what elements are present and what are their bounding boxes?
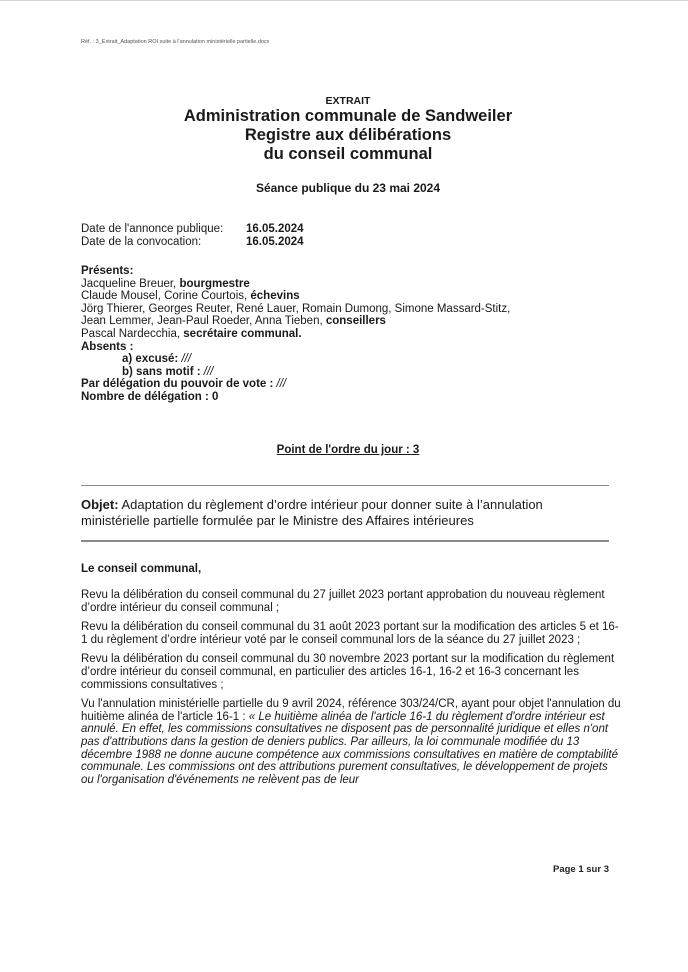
seance-title: Séance publique du 23 mai 2024 bbox=[8, 181, 688, 195]
document-reference: Réf. : 3_Extrait_Adaptation ROI suite à … bbox=[81, 39, 269, 45]
considerations-block: Revu la délibération du conseil communal… bbox=[81, 589, 621, 793]
title-line-administration: Administration communale de Sandweiler bbox=[8, 107, 688, 126]
paragraph-vu-annulation: Vu l'annulation ministérielle partielle … bbox=[81, 698, 621, 786]
delegation-nombre-line: Nombre de délégation : 0 bbox=[81, 391, 616, 404]
page-top-edge bbox=[0, 0, 688, 1]
absents-excuse-line: a) excusé: /// bbox=[81, 353, 616, 366]
conseillers-line-2: Jean Lemmer, Jean-Paul Roeder, Anna Tieb… bbox=[81, 315, 616, 328]
sans-motif-value: /// bbox=[204, 366, 214, 378]
date-convocation-row: Date de la convocation: 16.05.2024 bbox=[81, 236, 616, 249]
echevins-names: Claude Mousel, Corine Courtois, bbox=[81, 290, 250, 302]
paragraph-revu-novembre: Revu la délibération du conseil communal… bbox=[81, 653, 621, 691]
objet-separator-bottom bbox=[81, 540, 609, 542]
echevins-role: échevins bbox=[250, 290, 299, 302]
date-convocation-value: 16.05.2024 bbox=[246, 236, 304, 249]
delegation-pouvoir-label: Par délégation du pouvoir de vote : bbox=[81, 378, 277, 390]
excuse-label: a) excusé: bbox=[122, 353, 181, 365]
objet-label: Objet: bbox=[81, 497, 119, 512]
title-line-conseil: du conseil communal bbox=[8, 145, 688, 164]
point-ordre-du-jour-text: Point de l'ordre du jour : 3 bbox=[277, 444, 420, 456]
delegation-pouvoir-value: /// bbox=[277, 378, 287, 390]
conseillers-line-1: Jörg Thierer, Georges Reuter, René Lauer… bbox=[81, 303, 616, 316]
delegation-pouvoir-line: Par délégation du pouvoir de vote : /// bbox=[81, 378, 616, 391]
excuse-value: /// bbox=[181, 353, 191, 365]
point-ordre-du-jour: Point de l'ordre du jour : 3 bbox=[0, 444, 688, 456]
paragraph-revu-aout: Revu la délibération du conseil communal… bbox=[81, 621, 621, 646]
absents-sans-motif-line: b) sans motif : /// bbox=[81, 366, 616, 379]
echevins-line: Claude Mousel, Corine Courtois, échevins bbox=[81, 290, 616, 303]
secretaire-name: Pascal Nardecchia, bbox=[81, 328, 183, 340]
sans-motif-label: b) sans motif : bbox=[122, 366, 204, 378]
date-annonce-row: Date de l'annonce publique: 16.05.2024 bbox=[81, 223, 616, 236]
presents-heading: Présents: bbox=[81, 265, 616, 278]
date-annonce-label: Date de l'annonce publique: bbox=[81, 223, 246, 236]
date-annonce-value: 16.05.2024 bbox=[246, 223, 304, 236]
objet-block: Objet: Adaptation du règlement d’ordre i… bbox=[81, 497, 611, 528]
paragraph-revu-juillet: Revu la délibération du conseil communal… bbox=[81, 589, 621, 614]
secretaire-role: secrétaire communal. bbox=[183, 328, 301, 340]
bourgmestre-line: Jacqueline Breuer, bourgmestre bbox=[81, 278, 616, 291]
absents-heading: Absents : bbox=[81, 341, 616, 354]
objet-text: Adaptation du règlement d’ordre intérieu… bbox=[81, 497, 543, 528]
document-header: EXTRAIT Administration communale de Sand… bbox=[0, 95, 688, 195]
bourgmestre-name: Jacqueline Breuer, bbox=[81, 278, 179, 290]
extrait-label: EXTRAIT bbox=[8, 95, 688, 107]
attendance-block: Présents: Jacqueline Breuer, bourgmestre… bbox=[81, 265, 616, 404]
bourgmestre-role: bourgmestre bbox=[179, 278, 249, 290]
title-line-registre: Registre aux délibérations bbox=[8, 126, 688, 145]
page-number: Page 1 sur 3 bbox=[553, 864, 609, 875]
dates-block: Date de l'annonce publique: 16.05.2024 D… bbox=[81, 223, 616, 248]
conseillers-names: Jean Lemmer, Jean-Paul Roeder, Anna Tieb… bbox=[81, 315, 326, 327]
conseillers-role: conseillers bbox=[326, 315, 386, 327]
secretaire-line: Pascal Nardecchia, secrétaire communal. bbox=[81, 328, 616, 341]
objet-separator-top bbox=[81, 485, 609, 486]
le-conseil-heading: Le conseil communal, bbox=[81, 563, 201, 575]
date-convocation-label: Date de la convocation: bbox=[81, 236, 246, 249]
